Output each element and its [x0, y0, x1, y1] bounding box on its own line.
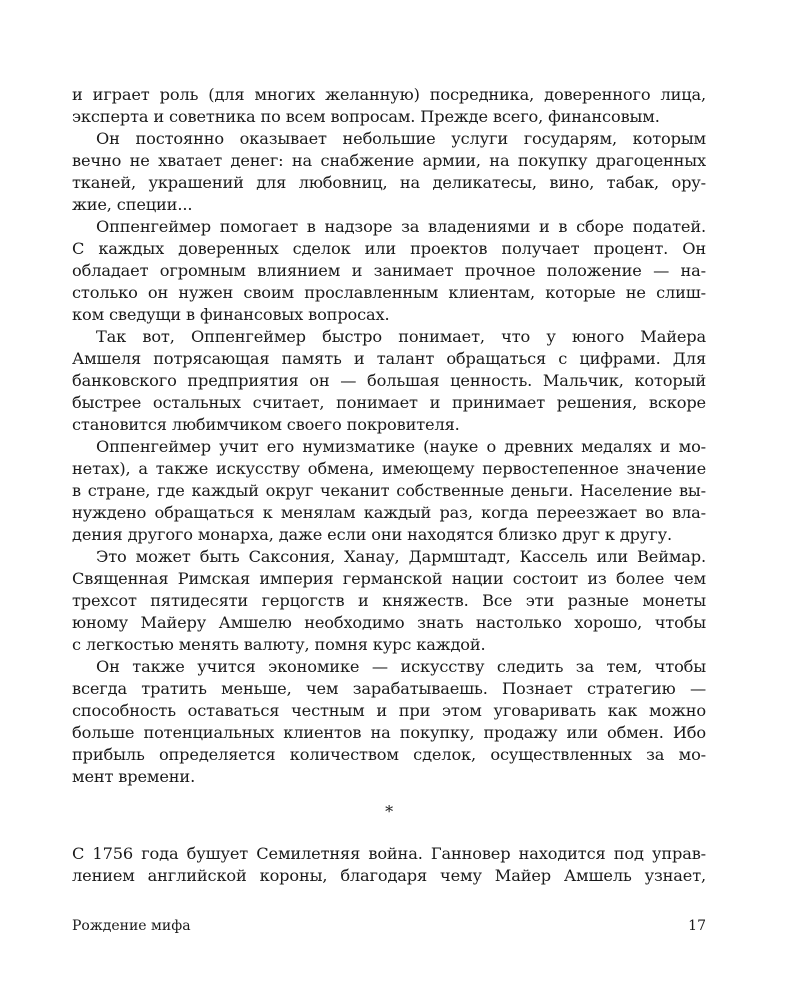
text-line: столько он нужен своим прославленным кли…	[72, 282, 706, 304]
text-line: быстрее остальных считает, понимает и пр…	[72, 392, 706, 414]
text-line: вечно не хватает денег: на снабжение арм…	[72, 150, 706, 172]
text-line: с легкостью менять валюту, помня курс ка…	[72, 634, 706, 656]
section-2-paragraph: С 1756 года бушует Семилетняя война. Ган…	[72, 843, 706, 887]
text-line: Он также учится экономике — искусству сл…	[72, 656, 706, 678]
running-title: Рождение мифа	[72, 918, 191, 934]
text-line: лением английской короны, благодаря чему…	[72, 865, 706, 887]
text-line: прибыль определяется количеством сделок,…	[72, 744, 706, 766]
text-line: нуждено обращаться к менялам каждый раз,…	[72, 502, 706, 524]
text-line: ком сведущи в финансовых вопросах.	[72, 304, 706, 326]
text-line: Оппенгеймер учит его нумизматике (науке …	[72, 436, 706, 458]
text-line: обладает огромным влиянием и занимает пр…	[72, 260, 706, 282]
text-line: С 1756 года бушует Семилетняя война. Ган…	[72, 843, 706, 865]
text-line: нетах), а также искусству обмена, имеюще…	[72, 458, 706, 480]
paragraph-6: Это может быть Саксония, Ханау, Дармштад…	[72, 546, 706, 656]
text-line: Священная Римская империя германской нац…	[72, 568, 706, 590]
paragraph-1: и играет роль (для многих желанную) поср…	[72, 84, 706, 128]
section-separator: *	[72, 802, 706, 822]
text-line: Так вот, Оппенгеймер быстро понимает, чт…	[72, 326, 706, 348]
text-line: Он постоянно оказывает небольшие услуги …	[72, 128, 706, 150]
page-number: 17	[688, 918, 706, 934]
text-line: становится любимчиком своего покровителя…	[72, 414, 706, 436]
text-line: жие, специи...	[72, 194, 706, 216]
text-line: банковского предприятия он — большая цен…	[72, 370, 706, 392]
text-line: Амшеля потрясающая память и талант обращ…	[72, 348, 706, 370]
paragraph-7: Он также учится экономике — искусству сл…	[72, 656, 706, 788]
text-line: в стране, где каждый округ чеканит собст…	[72, 480, 706, 502]
text-line: всегда тратить меньше, чем зарабатываешь…	[72, 678, 706, 700]
text-line: и играет роль (для многих желанную) поср…	[72, 84, 706, 106]
text-line: больше потенциальных клиентов на покупку…	[72, 722, 706, 744]
text-line: тканей, украшений для любовниц, на делик…	[72, 172, 706, 194]
text-line: С каждых доверенных сделок или проектов …	[72, 238, 706, 260]
paragraph-3: Оппенгеймер помогает в надзоре за владен…	[72, 216, 706, 326]
paragraph-2: Он постоянно оказывает небольшие услуги …	[72, 128, 706, 216]
paragraph-5: Оппенгеймер учит его нумизматике (науке …	[72, 436, 706, 546]
text-line: эксперта и советника по всем вопросам. П…	[72, 106, 706, 128]
text-line: юному Майеру Амшелю необходимо знать нас…	[72, 612, 706, 634]
text-line: дения другого монарха, даже если они нах…	[72, 524, 706, 546]
page-footer: Рождение мифа 17	[72, 916, 706, 936]
text-line: Оппенгеймер помогает в надзоре за владен…	[72, 216, 706, 238]
text-line: Это может быть Саксония, Ханау, Дармштад…	[72, 546, 706, 568]
paragraph-4: Так вот, Оппенгеймер быстро понимает, чт…	[72, 326, 706, 436]
page-body: и играет роль (для многих желанную) поср…	[72, 84, 706, 788]
text-line: способность оставаться честным и при это…	[72, 700, 706, 722]
text-line: трехсот пятидесяти герцогств и княжеств.…	[72, 590, 706, 612]
text-line: мент времени.	[72, 766, 706, 788]
